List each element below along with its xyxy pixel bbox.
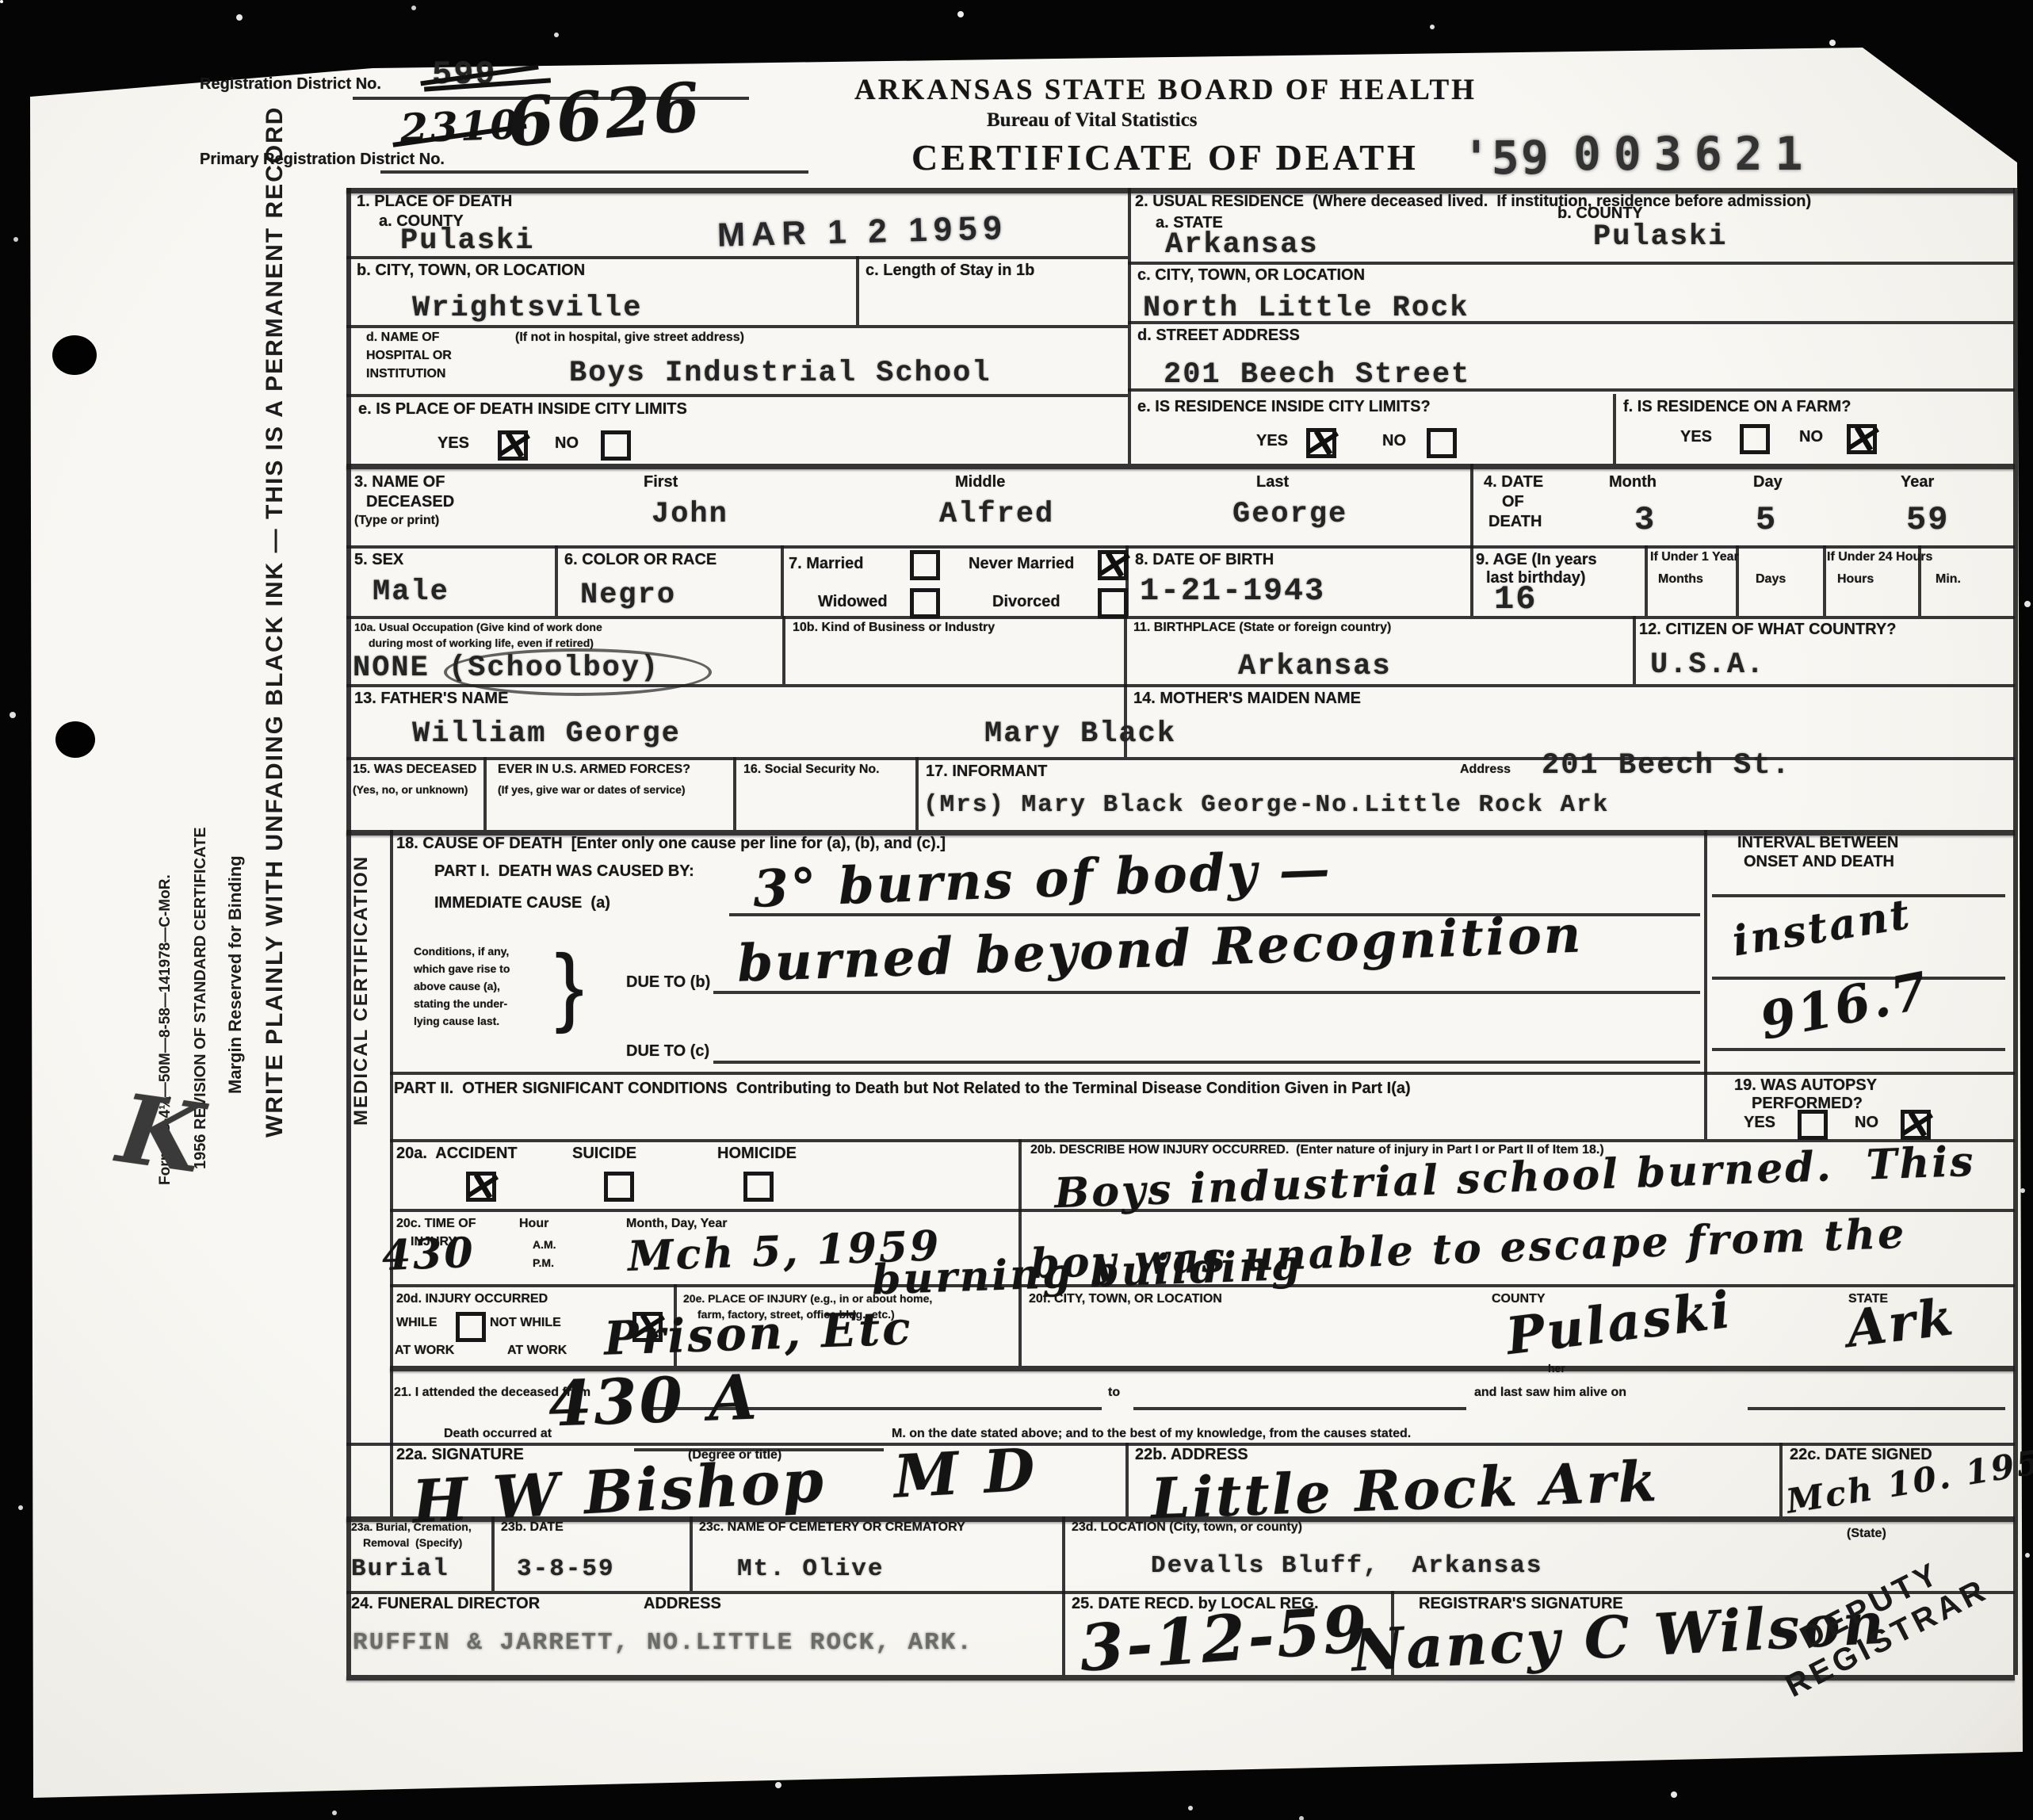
field-5-label: 5. SEX <box>354 551 403 569</box>
certificate-number: 003621 <box>1573 127 1816 181</box>
field-9-label: 9. AGE (In years <box>1476 551 1597 569</box>
punch-hole <box>52 335 97 375</box>
field-23b-label: 23b. DATE <box>501 1520 564 1535</box>
field-20a-accident-label: 20a. ACCIDENT <box>396 1145 518 1163</box>
grid-line <box>690 1516 693 1591</box>
checkbox-farm-yes <box>1740 424 1770 454</box>
field-22b-label: 22b. ADDRESS <box>1135 1446 1248 1464</box>
field-3-last-label: Last <box>1256 473 1289 491</box>
field-9-min-label: Min. <box>1936 572 1961 587</box>
field-18-conditions-note: above cause (a), <box>414 980 500 992</box>
field-2e-no-label: NO <box>1382 432 1406 450</box>
field-1e-no-label: NO <box>555 434 579 453</box>
field-1e-yes-label: YES <box>438 434 469 453</box>
grid-line <box>346 394 1128 397</box>
field-9-hours-label: Hours <box>1837 572 1874 587</box>
field-8-value: 1-21-1943 <box>1140 574 1325 610</box>
field-9-value: 16 <box>1494 580 1537 618</box>
field-20c-hour-label: Hour <box>519 1217 548 1231</box>
field-4-year-value: 59 <box>1906 501 1949 539</box>
field-18-part2-label: PART II. OTHER SIGNIFICANT CONDITIONS Co… <box>394 1080 1411 1098</box>
checkbox-married <box>910 550 940 580</box>
field-2f-no-label: NO <box>1799 428 1823 446</box>
field-22c-label: 22c. DATE SIGNED <box>1790 1446 1932 1464</box>
field-17-address-label: Address <box>1460 763 1511 777</box>
field-17-value: (Mrs) Mary Black George-No.Little Rock A… <box>923 791 1609 819</box>
rule-line <box>713 991 1700 994</box>
field-9-under24-label: If Under 24 Hours <box>1827 550 1932 564</box>
field-3-note: (Type or print) <box>354 514 439 528</box>
field-2e-label: e. IS RESIDENCE INSIDE CITY LIMITS? <box>1137 398 1431 416</box>
field-20d-while-label: WHILE <box>396 1316 438 1330</box>
checkbox-widowed <box>910 588 940 618</box>
grid-line <box>781 545 784 616</box>
field-24-value: RUFFIN & JARRETT, NO.LITTLE ROCK, ARK. <box>353 1629 973 1657</box>
field-20c-am-label: A.M. <box>533 1238 556 1251</box>
field-19-label: 19. WAS AUTOPSY <box>1734 1076 1877 1095</box>
checkbox-place-city-limits-no <box>601 430 631 461</box>
field-4-month-label: Month <box>1609 473 1657 491</box>
field-2b-value: Pulaski <box>1593 220 1727 254</box>
field-18-conditions-note: which gave rise to <box>414 962 510 975</box>
field-7-never-married-label: Never Married <box>969 555 1074 573</box>
field-2a-value: Arkansas <box>1165 228 1319 262</box>
grid-line <box>1124 616 1127 684</box>
death-certificate-scan: Form VS-4¼—50M—8-58—141978—C-MoR. 1956 R… <box>0 0 2033 1820</box>
field-15-note: (If yes, give war or dates of service) <box>498 783 686 796</box>
field-16-label: 16. Social Security No. <box>743 763 880 777</box>
grid-line <box>1645 545 1648 616</box>
bureau-subtitle: Bureau of Vital Statistics <box>987 109 1198 132</box>
punch-hole <box>55 721 95 758</box>
field-17-address-value: 201 Beech St. <box>1542 749 1791 782</box>
field-4-label: DEATH <box>1488 513 1542 531</box>
field-4-year-label: Year <box>1901 473 1934 491</box>
field-15-label: EVER IN U.S. ARMED FORCES? <box>498 763 690 777</box>
field-18-conditions-note: lying cause last. <box>414 1015 499 1027</box>
grid-line <box>1128 188 1131 464</box>
checkbox-place-city-limits-yes <box>498 430 528 461</box>
field-11-value: Arkansas <box>1238 650 1392 683</box>
margin-handwritten-mark: K <box>112 1072 212 1195</box>
checkbox-never-married <box>1098 550 1128 580</box>
field-13-value: William George <box>412 717 681 751</box>
field-18b-label: DUE TO (b) <box>626 973 710 992</box>
medical-certification-label: MEDICAL CERTIFICATION <box>350 855 373 1126</box>
field-15-note: (Yes, no, or unknown) <box>353 783 468 796</box>
interval-label: ONSET AND DEATH <box>1744 853 1894 871</box>
checkbox-residence-city-limits-yes <box>1306 428 1336 458</box>
field-7-widowed-label: Widowed <box>818 593 888 611</box>
field-12-value: U.S.A. <box>1650 648 1765 682</box>
field-20d-label: 20d. INJURY OCCURRED <box>396 1292 548 1306</box>
field-19-yes-label: YES <box>1744 1114 1775 1132</box>
field-1e-label: e. IS PLACE OF DEATH INSIDE CITY LIMITS <box>358 400 687 419</box>
field-21-her-note: her <box>1548 1362 1565 1375</box>
field-1a-value: Pulaski <box>400 224 534 258</box>
field-10a-label: 10a. Usual Occupation (Give kind of work… <box>354 621 602 633</box>
grid-line <box>380 170 808 174</box>
field-8-label: 8. DATE OF BIRTH <box>1135 551 1274 569</box>
grid-line <box>1062 1591 1065 1675</box>
checkbox-homicide <box>743 1172 774 1202</box>
field-2-title: 2. USUAL RESIDENCE (Where deceased lived… <box>1135 193 1811 211</box>
rule-line <box>1133 1407 1466 1410</box>
field-18-conditions-note: stating the under- <box>414 997 507 1010</box>
field-2c-value: North Little Rock <box>1143 292 1469 325</box>
grid-line <box>346 545 2015 549</box>
checkbox-accident <box>466 1172 496 1202</box>
field-10b-label: 10b. Kind of Business or Industry <box>793 621 995 635</box>
field-23d-value: Devalls Bluff, Arkansas <box>1151 1552 1542 1580</box>
field-2f-yes-label: YES <box>1680 428 1712 446</box>
certificate-title: CERTIFICATE OF DEATH <box>911 136 1419 178</box>
field-18c-label: DUE TO (c) <box>626 1042 709 1061</box>
field-23a-label: Removal (Specify) <box>363 1536 462 1549</box>
grid-line <box>483 757 487 830</box>
checkbox-residence-city-limits-no <box>1427 428 1457 458</box>
field-10a-label: during most of working life, even if ret… <box>369 637 594 649</box>
field-1d-note: (If not in hospital, give street address… <box>515 331 744 345</box>
field-20d-atwork-label: AT WORK <box>395 1344 454 1358</box>
field-4-label: 4. DATE <box>1484 473 1543 491</box>
field-20f-label: 20f. CITY, TOWN, OR LOCATION <box>1029 1292 1222 1306</box>
field-1b-value: Wrightsville <box>412 292 642 325</box>
grid-line <box>733 757 736 830</box>
field-21-death-occurred-label: Death occurred at <box>444 1427 552 1441</box>
field-18-part1-label: PART I. DEATH WAS CAUSED BY: <box>434 862 694 881</box>
field-3-first-value: John <box>652 498 728 531</box>
grid-line <box>1779 1443 1783 1516</box>
field-23b-value: 3-8-59 <box>517 1555 615 1583</box>
film-speckles <box>0 0 3 3</box>
field-3-last-value: George <box>1232 498 1347 531</box>
grid-line <box>1704 830 1707 1139</box>
field-2c-label: c. CITY, TOWN, OR LOCATION <box>1137 266 1365 285</box>
field-22a-label: 22a. SIGNATURE <box>396 1446 524 1464</box>
checkbox-autopsy-no <box>1901 1110 1931 1140</box>
field-9-months-label: Months <box>1658 572 1703 587</box>
field-3-middle-value: Alfred <box>939 498 1054 531</box>
field-9-days-label: Days <box>1756 572 1786 587</box>
field-23c-label: 23c. NAME OF CEMETERY OR CREMATORY <box>699 1520 965 1535</box>
field-18-conditions-note: Conditions, if any, <box>414 945 509 958</box>
field-20a-homicide-label: HOMICIDE <box>717 1145 797 1163</box>
field-20e-value: Prison, Etc <box>603 1301 914 1366</box>
interval-label: INTERVAL BETWEEN <box>1737 834 1898 852</box>
field-1d-label: HOSPITAL OR <box>366 349 452 363</box>
field-6-label: 6. COLOR OR RACE <box>564 551 717 569</box>
field-3-middle-label: Middle <box>955 473 1005 491</box>
rule-line <box>713 1061 1700 1064</box>
field-24-address-label: ADDRESS <box>644 1595 721 1613</box>
field-9-under1-label: If Under 1 Year <box>1650 550 1739 564</box>
checkbox-divorced <box>1098 588 1128 618</box>
field-3-first-label: First <box>644 473 678 491</box>
field-20c-hour-value: 430 <box>381 1229 476 1280</box>
field-20c-pm-label: P.M. <box>533 1256 554 1269</box>
grid-line <box>555 545 558 616</box>
field-1-title: 1. PLACE OF DEATH <box>357 193 512 211</box>
margin-binding-note: Margin Reserved for Binding <box>225 855 246 1094</box>
grid-line <box>1125 1443 1129 1516</box>
field-17-label: 17. INFORMANT <box>926 763 1047 781</box>
field-7-divorced-label: Divorced <box>992 593 1060 611</box>
field-6-value: Negro <box>580 579 676 612</box>
field-2f-label: f. IS RESIDENCE ON A FARM? <box>1623 398 1851 416</box>
field-13-label: 13. FATHER'S NAME <box>354 690 508 708</box>
field-4-month-value: 3 <box>1634 501 1656 539</box>
registration-district-label: Registration District No. <box>200 75 381 94</box>
field-2e-yes-label: YES <box>1256 432 1288 450</box>
grid-line <box>1470 464 1473 616</box>
checkbox-suicide <box>604 1172 634 1202</box>
field-24-label: 24. FUNERAL DIRECTOR <box>351 1595 540 1613</box>
field-1d-label: d. NAME OF <box>366 331 439 345</box>
field-14-value: Mary Black <box>984 717 1176 751</box>
field-18-label: 18. CAUSE OF DEATH [Enter only one cause… <box>396 835 946 853</box>
rule-line <box>1712 1048 2005 1051</box>
handwritten-circle-mark <box>444 648 712 696</box>
field-23a-label: 23a. Burial, Cremation, <box>351 1520 472 1533</box>
grid-line <box>1128 262 2015 265</box>
field-23d-label: 23d. LOCATION (City, town, or county) <box>1072 1520 1302 1535</box>
field-7-married-label: 7. Married <box>789 555 863 573</box>
field-1c-label: c. Length of Stay in 1b <box>866 262 1034 280</box>
field-4-day-label: Day <box>1753 473 1783 491</box>
field-12-label: 12. CITIZEN OF WHAT COUNTRY? <box>1639 621 1896 639</box>
grid-line <box>346 325 1128 328</box>
field-21-last-saw-label: and last saw him alive on <box>1474 1386 1626 1400</box>
field-4-label: OF <box>1502 493 1524 511</box>
grid-line <box>782 616 785 684</box>
field-23a-value: Burial <box>351 1555 449 1583</box>
grid-line <box>390 1072 2015 1075</box>
field-1d-value: Boys Industrial School <box>569 357 991 390</box>
grid-line <box>346 464 2015 469</box>
checkbox-autopsy-yes <box>1798 1110 1828 1140</box>
field-2d-label: d. STREET ADDRESS <box>1137 327 1300 345</box>
grid-line <box>856 256 859 325</box>
field-3-label: DECEASED <box>366 493 454 511</box>
checkbox-while-at-work <box>456 1312 486 1342</box>
grid-line <box>1062 1516 1065 1591</box>
grid-line <box>390 1139 2015 1142</box>
field-11-label: 11. BIRTHPLACE (State or foreign country… <box>1133 621 1391 635</box>
field-23c-value: Mt. Olive <box>737 1555 884 1583</box>
field-14-label: 14. MOTHER'S MAIDEN NAME <box>1133 690 1361 708</box>
board-title: ARKANSAS STATE BOARD OF HEALTH <box>854 73 1477 107</box>
grid-line <box>915 757 919 830</box>
grid-line <box>1633 616 1636 684</box>
grid-line <box>346 616 2015 619</box>
conditions-brace: } <box>555 935 584 1036</box>
checkbox-farm-no <box>1847 424 1877 454</box>
field-5-value: Male <box>373 575 449 609</box>
received-date-stamp: MAR 1 2 1959 <box>717 208 1008 254</box>
field-2d-value: 201 Beech Street <box>1164 358 1470 392</box>
field-20a-suicide-label: SUICIDE <box>572 1145 636 1163</box>
field-4-day-value: 5 <box>1756 501 1777 539</box>
field-20d-atwork-label: AT WORK <box>507 1344 567 1358</box>
margin-permanent-record-note: WRITE PLAINLY WITH UNFADING BLACK INK — … <box>262 106 289 1137</box>
primary-registration-district-label: Primary Registration District No. <box>200 151 445 169</box>
certificate-number-prefix: '59 <box>1462 131 1550 185</box>
field-1d-label: INSTITUTION <box>366 367 445 381</box>
grid-line <box>1613 394 1616 464</box>
grid-line <box>346 188 351 1675</box>
field-15-label: 15. WAS DECEASED <box>353 763 476 777</box>
field-1b-label: b. CITY, TOWN, OR LOCATION <box>357 262 585 280</box>
field-21-to-label: to <box>1108 1386 1120 1400</box>
grid-line <box>346 1591 2015 1594</box>
field-3-label: 3. NAME OF <box>354 473 445 491</box>
field-19-no-label: NO <box>1855 1114 1878 1132</box>
field-23d-state-note: (State) <box>1847 1527 1886 1541</box>
rule-line <box>1748 1407 2005 1410</box>
grid-line <box>390 830 393 1516</box>
field-18-immediate-label: IMMEDIATE CAUSE (a) <box>434 894 610 912</box>
field-21-attended-value: 430 A <box>547 1361 760 1440</box>
field-20d-notwhile-label: NOT WHILE <box>490 1316 561 1330</box>
grid-line <box>1823 545 1826 616</box>
